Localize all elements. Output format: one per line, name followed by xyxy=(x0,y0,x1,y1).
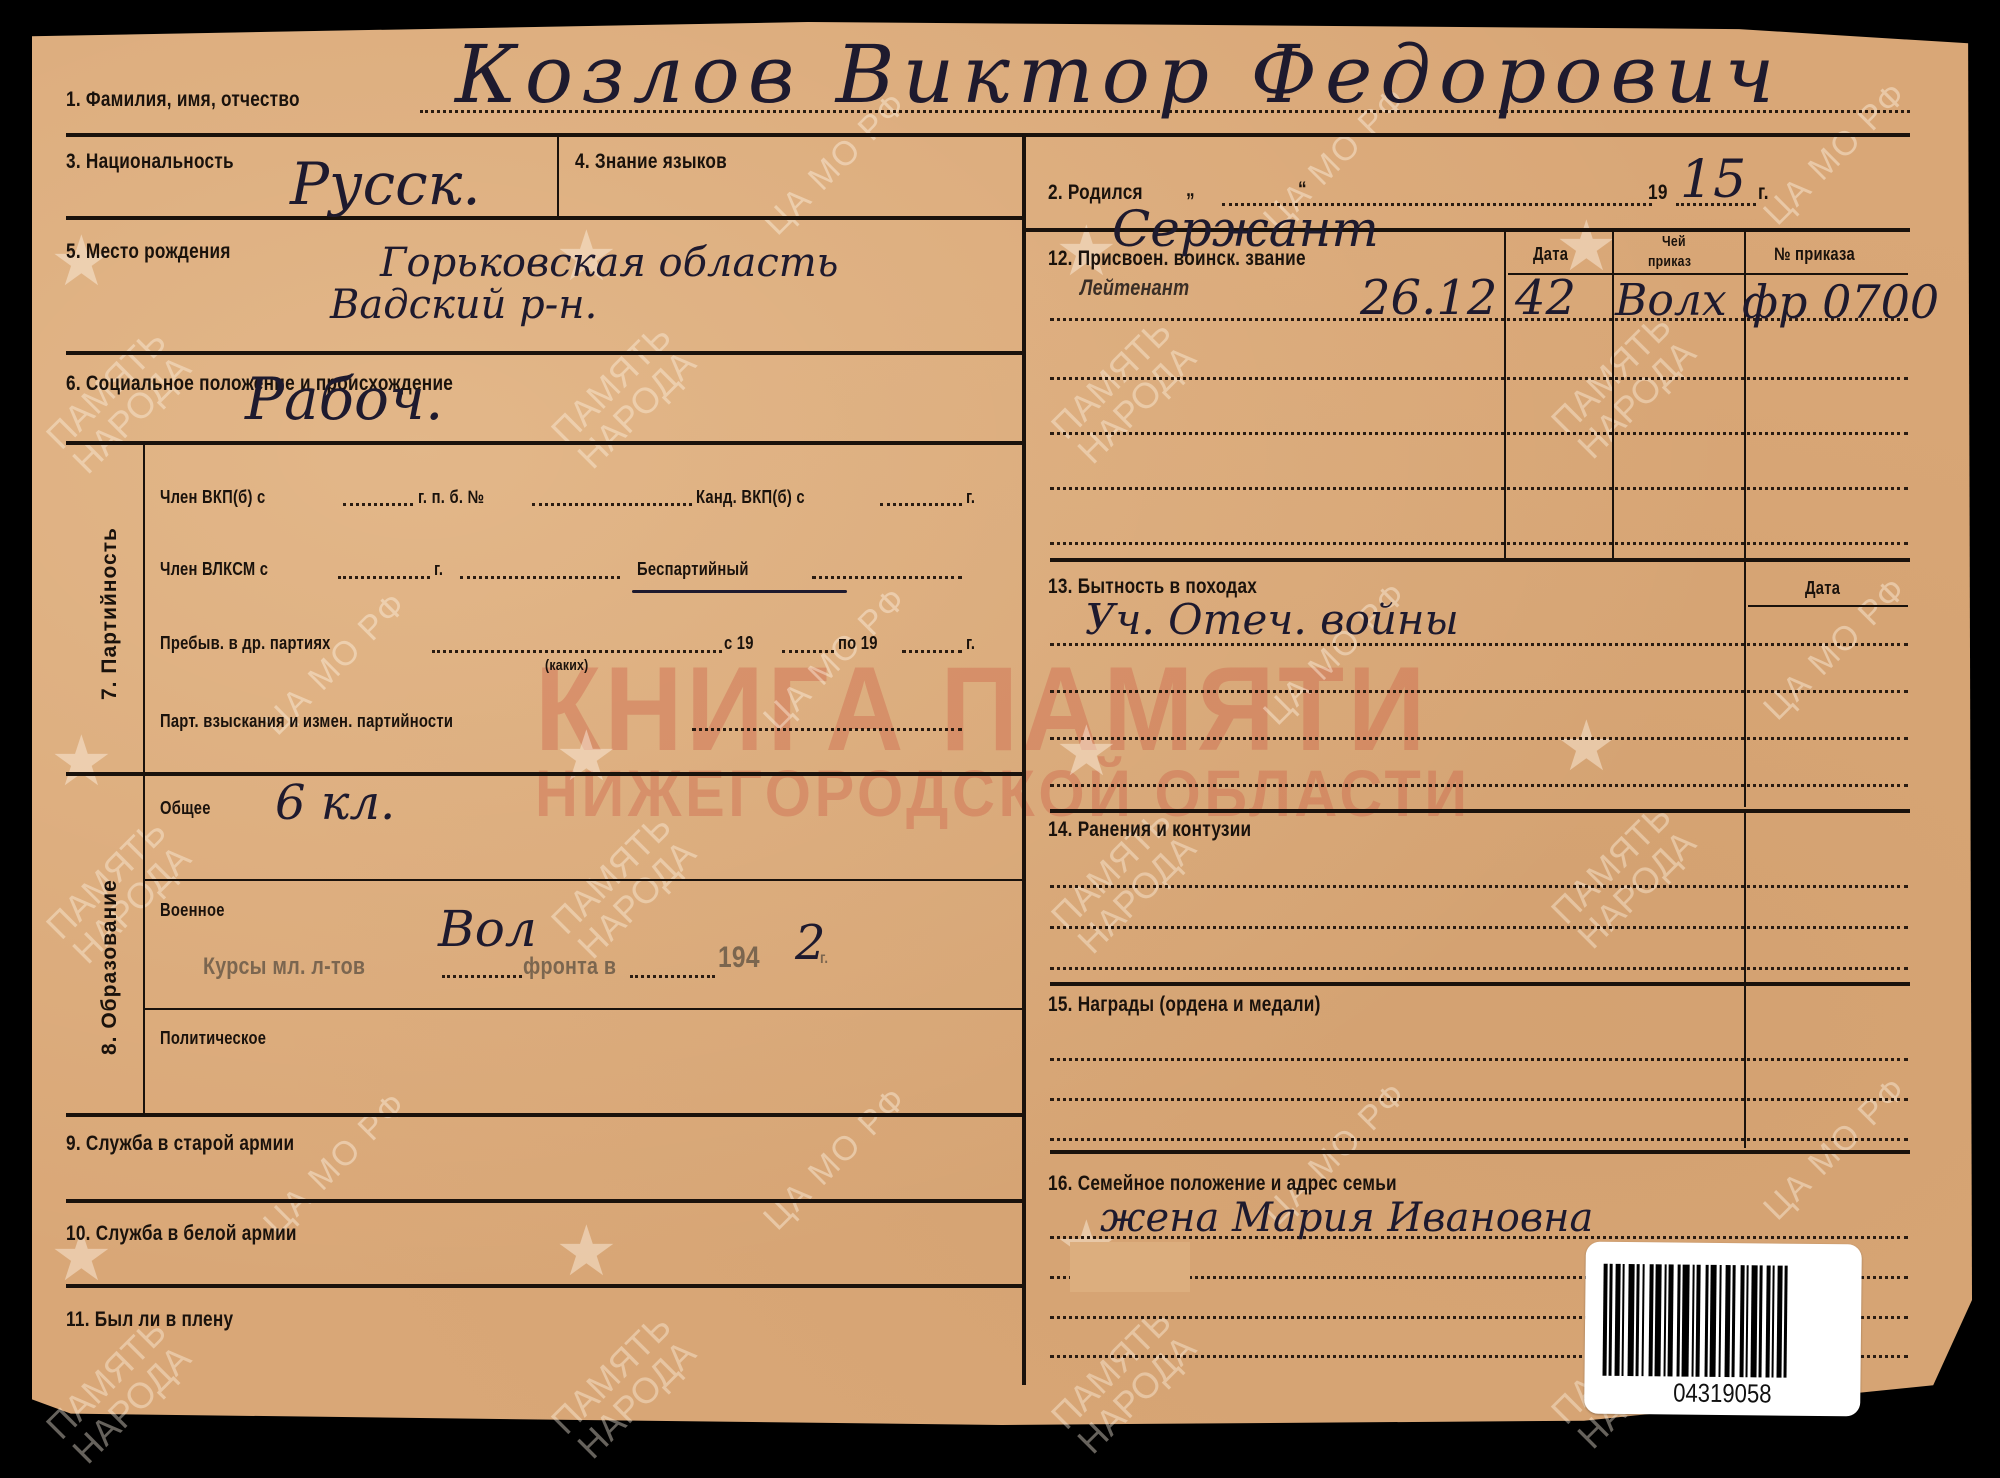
divider xyxy=(66,772,1024,776)
divider xyxy=(1050,558,1910,562)
label-year-suffix: г. xyxy=(1758,181,1769,205)
label-party-membership: 7. Партийность xyxy=(98,527,122,700)
watermark-region: НИЖЕГОРОДСКОЙ ОБЛАСТИ xyxy=(535,755,1471,831)
stamp-junior-lt-courses: Курсы мл. л-тов xyxy=(203,953,365,981)
award-row-line xyxy=(1050,1058,1908,1061)
barcode-label: 04319058 xyxy=(1584,1242,1862,1417)
blank-line xyxy=(630,975,715,978)
blank-line xyxy=(460,576,620,579)
value-nationality: Русск. xyxy=(290,150,481,218)
divider xyxy=(1050,1150,1910,1154)
col-header-order-number: № приказа xyxy=(1774,244,1855,265)
non-party-underline xyxy=(632,590,847,593)
value-birth-year: 15 xyxy=(1680,150,1746,210)
blank-line xyxy=(442,975,522,978)
blank-line xyxy=(880,503,962,506)
label-wounds: 14. Ранения и контузии xyxy=(1048,818,1251,842)
value-full-name: Козлов Виктор Федорович xyxy=(455,28,1782,121)
value-rank-date: 26.12 xyxy=(1360,270,1497,326)
star-icon: ★ xyxy=(555,1210,618,1292)
campaign-row-line xyxy=(1050,784,1908,787)
divider xyxy=(66,1284,1024,1288)
blank-line xyxy=(902,650,962,653)
divider xyxy=(1050,982,1910,986)
label-awards: 15. Награды (ордена и медали) xyxy=(1048,993,1321,1017)
label-non-party: Беспартийный xyxy=(637,559,749,580)
divider xyxy=(1050,809,1910,813)
label-party-penalties: Парт. взыскания и измен. партийности xyxy=(160,711,453,732)
barcode-icon xyxy=(1603,1264,1844,1379)
blank-line xyxy=(692,728,962,731)
divider xyxy=(557,135,559,217)
label-full-name: 1. Фамилия, имя, отчество xyxy=(66,88,300,112)
value-rank-stamp: Лейтенант xyxy=(1080,275,1189,301)
label-captivity: 11. Был ли в плену xyxy=(66,1308,233,1332)
star-icon: ★ xyxy=(50,720,113,802)
value-rank-order-number: фр 0700 xyxy=(1742,275,1939,329)
col-header-whose-order: приказ xyxy=(1648,253,1691,270)
star-icon: ★ xyxy=(1055,710,1118,792)
label-political-education: Политическое xyxy=(160,1028,266,1049)
campaign-row-line xyxy=(1050,690,1908,693)
value-general-education: 6 кл. xyxy=(275,775,395,831)
col-header-date: Дата xyxy=(1805,578,1840,599)
label-family: 16. Семейное положение и адрес семьи xyxy=(1048,1172,1397,1196)
rank-row-line xyxy=(1050,432,1908,435)
blank-line xyxy=(432,650,722,653)
value-campaigns: Уч. Отеч. войны xyxy=(1085,595,1459,644)
divider xyxy=(66,1113,1024,1117)
label-general-education: Общее xyxy=(160,798,211,819)
divider xyxy=(66,216,1024,220)
label-birthplace: 5. Место рождения xyxy=(66,240,231,264)
quote-close: “ xyxy=(1298,178,1307,202)
value-rank-whose-order: Волх xyxy=(1615,275,1727,326)
label-vkpb-candidate: Канд. ВКП(б) с xyxy=(696,487,805,508)
col-header-date: Дата xyxy=(1533,244,1568,265)
stamp-year: 194 xyxy=(718,941,760,975)
rank-row-line xyxy=(1050,542,1908,545)
divider xyxy=(1744,812,1746,982)
label-party-card: г. п. б. № xyxy=(418,487,484,508)
divider xyxy=(145,1008,1024,1010)
value-military-year: 2 xyxy=(795,915,826,971)
award-row-line xyxy=(1050,1138,1908,1141)
star-icon: ★ xyxy=(555,715,618,797)
divider xyxy=(143,443,145,1113)
label-vlksm-member: Член ВЛКСМ с xyxy=(160,559,268,580)
label-education: 8. Образование xyxy=(98,879,122,1055)
redacted-area xyxy=(1070,1242,1190,1292)
award-row-line xyxy=(1050,1098,1908,1101)
label-year: г. xyxy=(966,487,975,508)
label-year: г. xyxy=(966,633,975,654)
label-other-parties: Пребыв. в др. партиях xyxy=(160,633,331,654)
blank-line xyxy=(343,503,413,506)
label-to-year: по 19 xyxy=(838,633,878,654)
label-year: г. xyxy=(434,559,443,580)
campaign-row-line xyxy=(1050,737,1908,740)
value-rank-year: 42 xyxy=(1515,270,1576,326)
star-icon: ★ xyxy=(1555,705,1618,787)
col-header-whose-order: Чей xyxy=(1662,233,1686,250)
label-which: (каких) xyxy=(545,657,588,674)
label-nationality: 3. Национальность xyxy=(66,150,234,174)
barcode-number: 04319058 xyxy=(1605,1377,1840,1410)
label-old-army-service: 9. Служба в старой армии xyxy=(66,1132,294,1156)
divider xyxy=(1744,562,1746,807)
blank-line xyxy=(812,576,962,579)
value-military-front: Вол xyxy=(438,900,537,958)
blank-line xyxy=(338,576,430,579)
divider xyxy=(1748,605,1908,607)
wound-row-line xyxy=(1050,926,1908,929)
blank-line xyxy=(532,503,692,506)
divider xyxy=(66,351,1024,355)
wound-row-line xyxy=(1050,885,1908,888)
wound-row-line xyxy=(1050,967,1908,970)
value-birthplace-region: Горьковская область xyxy=(380,240,838,286)
label-military-education: Военное xyxy=(160,900,225,921)
divider xyxy=(1744,986,1746,1148)
divider xyxy=(1612,232,1614,558)
column-divider xyxy=(1022,135,1026,1385)
rank-row-line xyxy=(1050,487,1908,490)
value-rank-sergeant: Сержант xyxy=(1112,200,1379,258)
divider xyxy=(66,133,1910,137)
label-languages: 4. Знание языков xyxy=(575,150,727,174)
value-birthplace-district: Вадский р-н. xyxy=(330,282,597,328)
rank-row-line xyxy=(1050,377,1908,380)
label-year-prefix: 19 xyxy=(1648,181,1668,205)
divider xyxy=(145,879,1024,881)
blank-line xyxy=(782,650,834,653)
divider xyxy=(66,1199,1024,1203)
label-vkpb-member: Член ВКП(б) с xyxy=(160,487,266,508)
value-social-status: Рабоч. xyxy=(245,365,443,433)
divider xyxy=(1504,232,1506,558)
value-family: жена Мария Ивановна xyxy=(1100,1195,1593,1241)
label-from-year: с 19 xyxy=(724,633,754,654)
quote-open: „ xyxy=(1186,178,1195,202)
label-white-army-service: 10. Служба в белой армии xyxy=(66,1222,297,1246)
divider xyxy=(66,441,1024,445)
